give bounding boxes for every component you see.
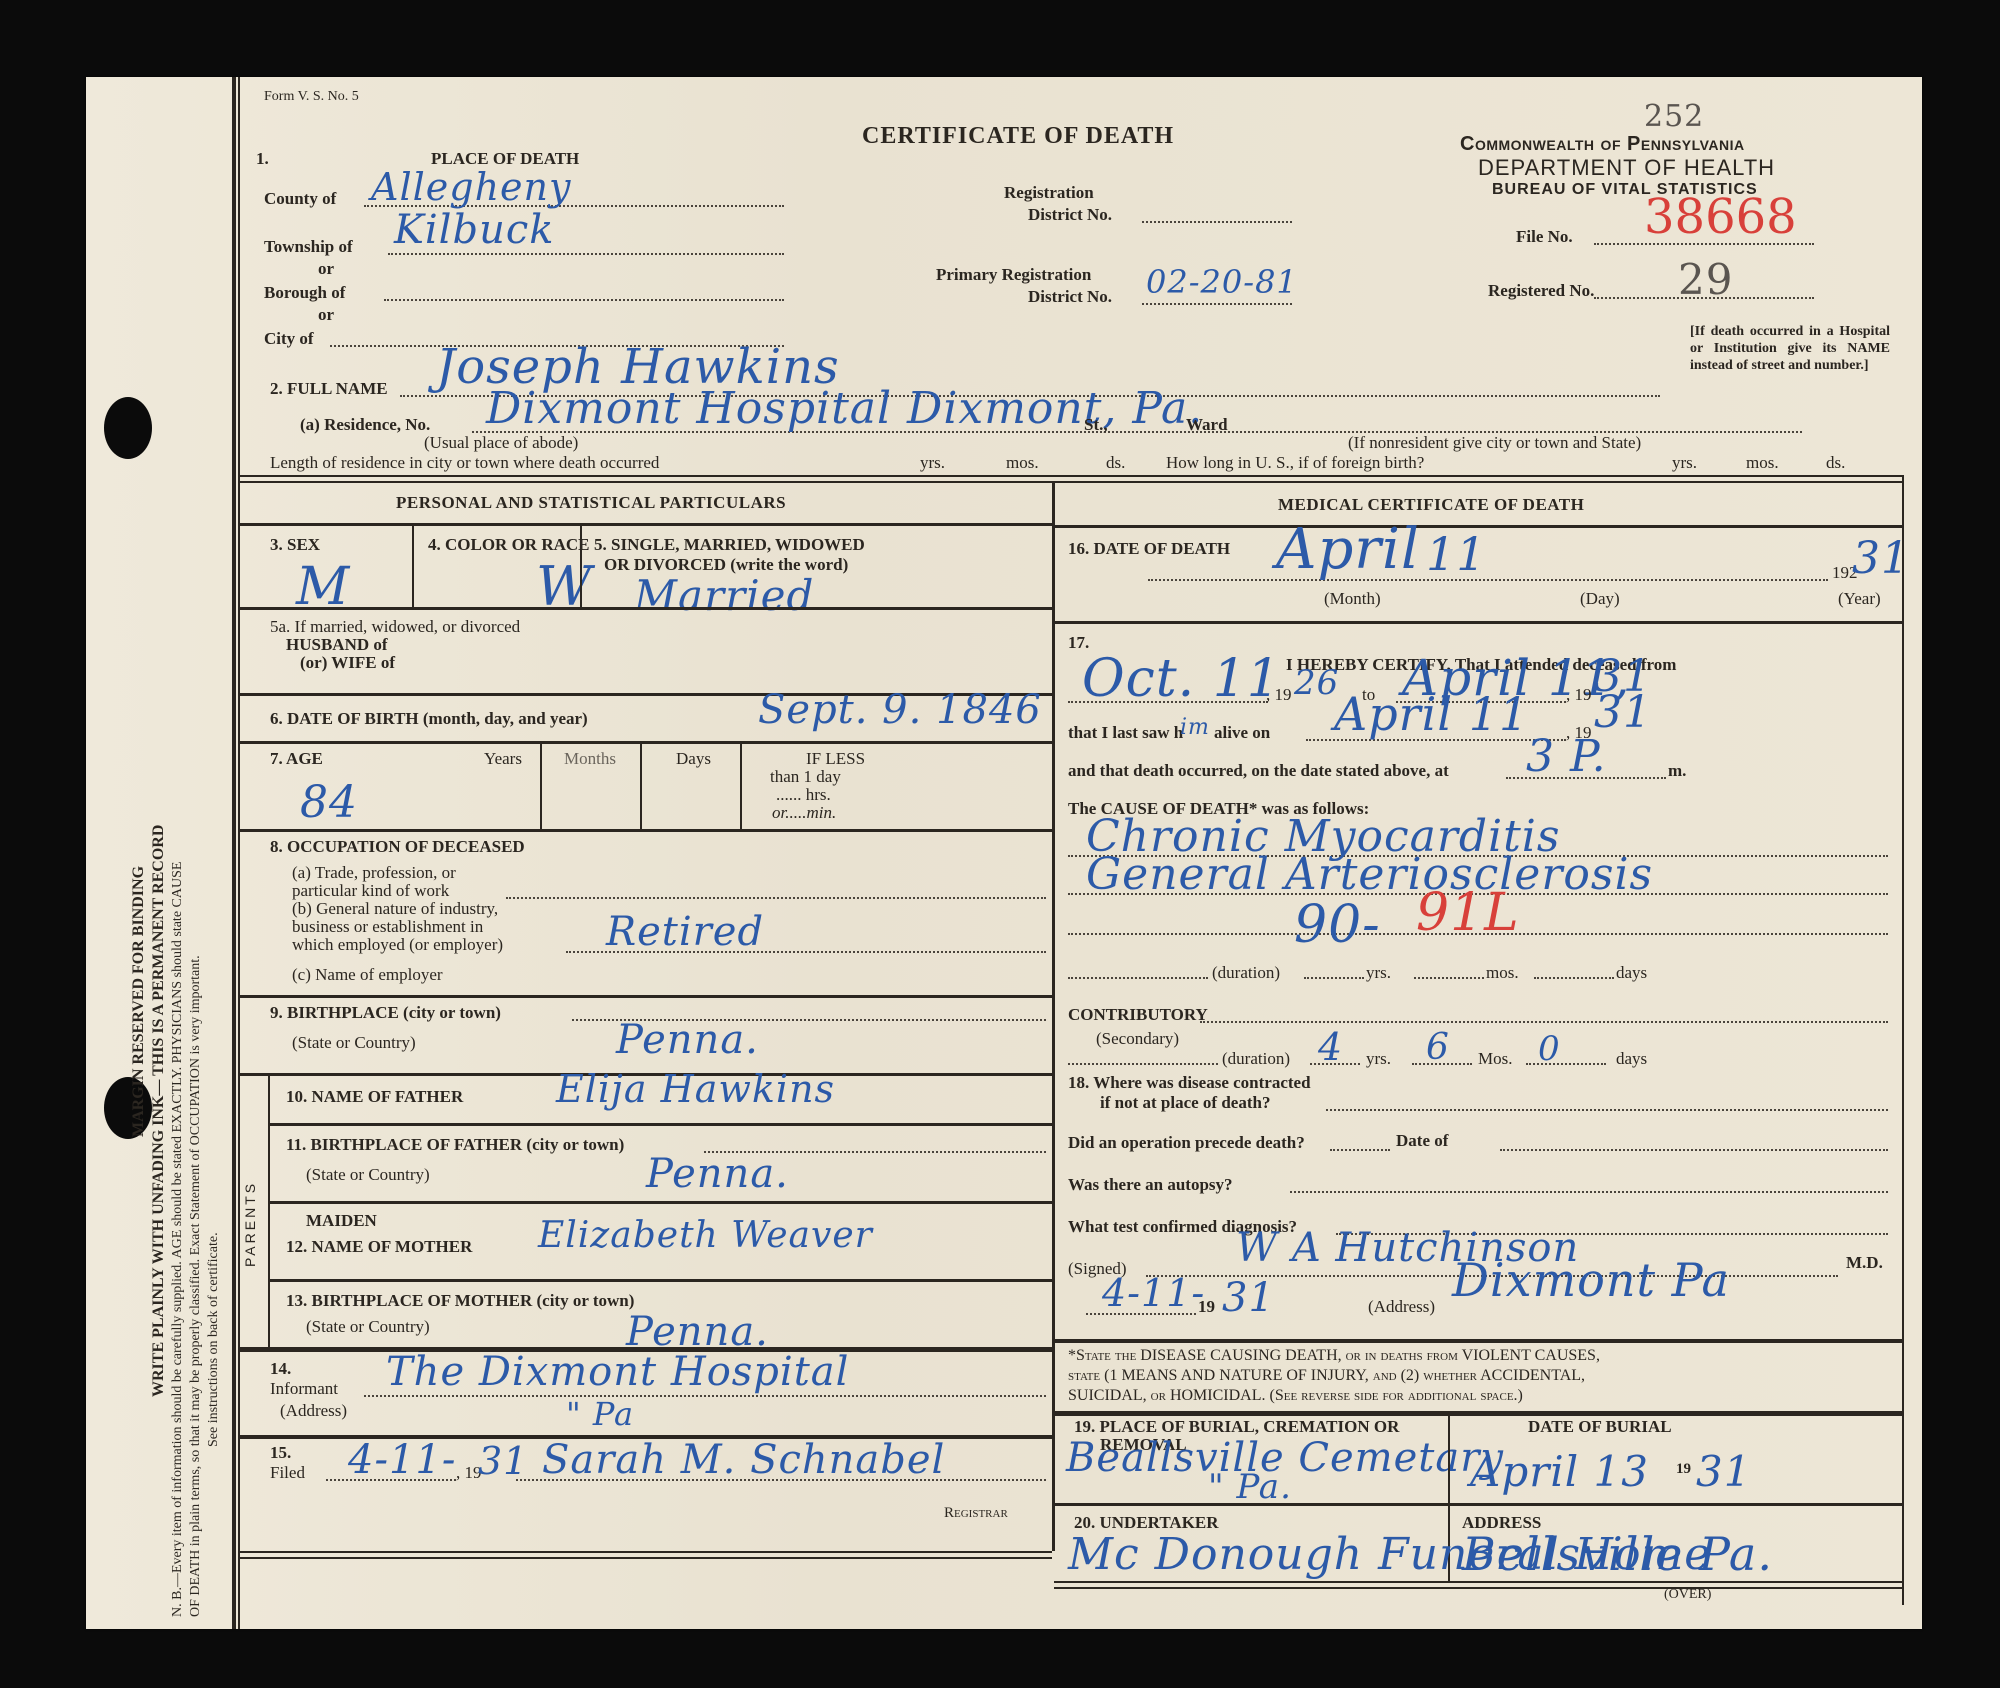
- occ-b-value[interactable]: Retired: [606, 909, 764, 955]
- item-18-field[interactable]: [1326, 1109, 1888, 1111]
- registered-no-value[interactable]: 29: [1678, 255, 1733, 304]
- row-rule-12: [270, 1279, 1052, 1282]
- age-divider-1: [540, 741, 542, 829]
- dod-day-value[interactable]: 11: [1426, 527, 1487, 581]
- form-left-border: [232, 77, 236, 1629]
- month-caption: (Month): [1324, 589, 1381, 609]
- occ-b-2: business or establishment in: [292, 917, 483, 937]
- secondary-label: (Secondary): [1096, 1029, 1179, 1049]
- footnote-3: SUICIDAL, or HOMICIDAL. (See reverse sid…: [1068, 1387, 1523, 1405]
- burial-place-value-2[interactable]: " Pa.: [1208, 1467, 1292, 1507]
- death-occurred-label: and that death occurred, on the date sta…: [1068, 761, 1449, 781]
- occ-c: (c) Name of employer: [292, 965, 443, 985]
- attended-from-value[interactable]: Oct. 11: [1082, 649, 1281, 709]
- registrar-signature[interactable]: Sarah M. Schnabel: [542, 1437, 945, 1483]
- burial-place-label-1: 19. PLACE OF BURIAL, CREMATION OR: [1074, 1417, 1399, 1437]
- spouse-label-3: (or) WIFE of: [300, 653, 395, 673]
- margin-line-ink: WRITE PLAINLY WITH UNFADING INK— THIS IS…: [150, 825, 168, 1397]
- primary-registration-value[interactable]: 02-20-81: [1146, 263, 1298, 301]
- date-of-label: Date of: [1396, 1131, 1448, 1151]
- contrib-yrs-label: yrs.: [1366, 1049, 1391, 1069]
- agency-commonwealth: Commonwealth of Pennsylvania: [1460, 133, 1745, 156]
- cause-value-2[interactable]: General Arteriosclerosis: [1086, 849, 1653, 900]
- row-rule-19: [1054, 1503, 1902, 1506]
- length-mos: mos.: [1006, 453, 1039, 473]
- dod-year-value[interactable]: 31: [1852, 533, 1910, 584]
- over-label: (OVER): [1664, 1587, 1711, 1603]
- maiden-label: MAIDEN: [306, 1211, 377, 1231]
- address-label: (Address): [1368, 1297, 1435, 1317]
- ward-label: Ward: [1186, 415, 1228, 435]
- usual-abode-caption: (Usual place of abode): [424, 433, 578, 453]
- from-year-prefix: , 19: [1266, 685, 1292, 705]
- father-value[interactable]: Elija Hawkins: [556, 1067, 835, 1111]
- township-value[interactable]: Kilbuck: [394, 207, 554, 253]
- m-label: m.: [1668, 761, 1686, 781]
- mother-value[interactable]: Elizabeth Weaver: [538, 1215, 873, 1256]
- day-caption: (Day): [1580, 589, 1620, 609]
- last-saw-date-value[interactable]: April 11: [1334, 687, 1529, 741]
- burial-year-prefix: 19: [1676, 1461, 1691, 1478]
- signed-year-value[interactable]: 31: [1222, 1275, 1275, 1321]
- margin-line-cause: OF DEATH in plain terms, so that it may …: [188, 955, 204, 1617]
- dob-value[interactable]: Sept. 9. 1846: [758, 687, 1042, 733]
- row-rule-11: [270, 1201, 1052, 1204]
- punch-hole-top: [104, 397, 152, 459]
- duration-mos-label: mos.: [1486, 963, 1519, 983]
- age-less-4: or.....min.: [772, 803, 836, 823]
- occupation-label: 8. OCCUPATION OF DECEASED: [270, 837, 525, 857]
- contrib-duration-label: (duration): [1222, 1049, 1290, 1069]
- classification-code-red: 91L: [1416, 883, 1520, 943]
- age-years-value[interactable]: 84: [300, 777, 358, 828]
- md-label: M.D.: [1846, 1253, 1883, 1273]
- length-ds: ds.: [1106, 453, 1125, 473]
- from-year-value[interactable]: 26: [1294, 663, 1339, 703]
- filed-label: Filed: [270, 1463, 305, 1483]
- birthplace-label: 9. BIRTHPLACE (city or town): [270, 1003, 501, 1023]
- occ-b-1: (b) General nature of industry,: [292, 899, 498, 919]
- age-months-label: Months: [564, 749, 616, 769]
- us-mos: mos.: [1746, 453, 1779, 473]
- contrib-duration-pre[interactable]: [1068, 1063, 1218, 1065]
- spouse-label-2: HUSBAND of: [286, 635, 388, 655]
- age-divider-3: [740, 741, 742, 829]
- age-less-1: IF LESS: [806, 749, 865, 769]
- item-1-number: 1.: [256, 149, 269, 169]
- file-no-stamp: 38668: [1644, 189, 1797, 245]
- burial-date-label: DATE OF BURIAL: [1528, 1417, 1672, 1437]
- informant-label: Informant: [270, 1379, 338, 1399]
- to-year-prefix: , 19: [1566, 685, 1592, 705]
- full-name-label: 2. FULL NAME: [270, 379, 388, 399]
- age-less-3: ...... hrs.: [776, 785, 831, 805]
- township-label: Township of: [264, 237, 353, 257]
- alive-on-label: alive on: [1214, 723, 1270, 743]
- birthplace-value[interactable]: Penna.: [616, 1017, 759, 1063]
- parents-side-label: PARENTS: [242, 1181, 258, 1267]
- signed-year-prefix: 19: [1198, 1297, 1215, 1317]
- informant-value[interactable]: The Dixmont Hospital: [386, 1349, 849, 1395]
- registrar-label: Registrar: [944, 1505, 1008, 1522]
- hospital-note: [If death occurred in a Hospital or Inst…: [1690, 323, 1890, 374]
- primary-registration-label-2: District No.: [1028, 287, 1112, 307]
- operation-field[interactable]: [1330, 1149, 1390, 1151]
- death-time-value[interactable]: 3 P.: [1526, 731, 1607, 782]
- right-bottom-rule: [1054, 1581, 1902, 1589]
- contrib-mos-label: Mos.: [1478, 1049, 1512, 1069]
- occ-b-3: which employed (or employer): [292, 935, 503, 955]
- death-certificate-page: MARGIN RESERVED FOR BINDING WRITE PLAINL…: [86, 77, 1922, 1629]
- form-left-border-inner: [238, 77, 240, 1629]
- us-yrs: yrs.: [1672, 453, 1697, 473]
- registered-no-label: Registered No.: [1488, 281, 1594, 301]
- header-divider: [238, 475, 1902, 483]
- father-birthplace-label: 11. BIRTHPLACE OF FATHER (city or town): [286, 1135, 624, 1155]
- row-rule-8: [238, 995, 1052, 998]
- length-residence-label: Length of residence in city or town wher…: [270, 453, 659, 473]
- signed-date-value[interactable]: 4-11-: [1102, 1271, 1205, 1315]
- race-marital-divider: [580, 523, 582, 607]
- duration-label: (duration): [1212, 963, 1280, 983]
- margin-line-binding: MARGIN RESERVED FOR BINDING: [130, 866, 148, 1137]
- age-divider-2: [640, 741, 642, 829]
- row-rule-footnote: [1054, 1411, 1902, 1416]
- filed-year-value[interactable]: 31: [478, 1439, 528, 1483]
- age-label: 7. AGE: [270, 749, 323, 769]
- operation-date-field[interactable]: [1500, 1149, 1888, 1151]
- duration-days-label: days: [1616, 963, 1647, 983]
- autopsy-label: Was there an autopsy?: [1068, 1175, 1233, 1195]
- filed-number: 15.: [270, 1443, 291, 1463]
- occ-a-field[interactable]: [506, 897, 1046, 899]
- footnote-1: *State the DISEASE CAUSING DEATH, or in …: [1068, 1347, 1600, 1365]
- primary-registration-field[interactable]: [1142, 303, 1292, 305]
- dod-field[interactable]: [1148, 579, 1828, 581]
- left-bottom-rule: [238, 1551, 1052, 1559]
- contrib-days-label: days: [1616, 1049, 1647, 1069]
- margin-line-nb: N. B.—Every item of information should b…: [170, 862, 186, 1617]
- us-ds: ds.: [1826, 453, 1845, 473]
- personal-heading-rule: [238, 523, 1052, 526]
- county-label: County of: [264, 189, 336, 209]
- marital-value[interactable]: Married: [634, 571, 814, 620]
- age-days-label: Days: [676, 749, 711, 769]
- burial-year-value[interactable]: 31: [1696, 1447, 1751, 1496]
- duration-pre-field[interactable]: [1068, 977, 1208, 979]
- sex-label: 3. SEX: [270, 535, 320, 555]
- burial-date-value[interactable]: April 13: [1470, 1447, 1649, 1496]
- last-saw-pronoun[interactable]: im: [1180, 715, 1210, 740]
- father-birthplace-value[interactable]: Penna.: [646, 1151, 789, 1197]
- registration-district-field[interactable]: [1142, 221, 1292, 223]
- dob-label: 6. DATE OF BIRTH (month, day, and year): [270, 709, 588, 729]
- dod-month-value[interactable]: April: [1276, 517, 1420, 582]
- nonresident-caption: (If nonresident give city or town and St…: [1348, 433, 1641, 453]
- last-saw-label: that I last saw h: [1068, 723, 1183, 743]
- age-years-label: Years: [484, 749, 522, 769]
- right-border: [1902, 475, 1904, 1605]
- occ-a-2: particular kind of work: [292, 881, 449, 901]
- agency-department: DEPARTMENT OF HEALTH: [1478, 155, 1775, 181]
- footnote-2: state (1 MEANS AND NATURE OF INJURY, and…: [1068, 1367, 1585, 1385]
- contrib-mos-value[interactable]: 6: [1426, 1027, 1450, 1068]
- informant-field[interactable]: [364, 1395, 1046, 1397]
- margin-line-instructions: See instructions on back of certificate.: [206, 1232, 222, 1447]
- duration-days-field[interactable]: [1534, 977, 1614, 979]
- contrib-days-value[interactable]: 0: [1538, 1029, 1561, 1069]
- informant-number: 14.: [270, 1359, 291, 1379]
- duration-yrs-label: yrs.: [1366, 963, 1391, 983]
- row-rule-signed: [1054, 1339, 1902, 1343]
- borough-field-line[interactable]: [384, 299, 784, 301]
- informant-address-value[interactable]: " Pa: [566, 1395, 634, 1433]
- autopsy-field[interactable]: [1290, 1191, 1888, 1193]
- certificate-title: CERTIFICATE OF DEATH: [862, 123, 1174, 150]
- street-label: St.,: [1084, 415, 1108, 435]
- county-value[interactable]: Allegheny: [371, 165, 571, 209]
- classification-code-blue: 90-: [1294, 895, 1381, 955]
- column-divider: [1052, 481, 1055, 1551]
- duration-mos-field[interactable]: [1414, 977, 1484, 979]
- row-rule-6: [238, 741, 1052, 744]
- registration-district-label-2: District No.: [1028, 205, 1112, 225]
- row-rule-16: [1054, 621, 1902, 624]
- row-rule-3-5: [238, 607, 1052, 610]
- how-long-us-label: How long in U. S., if of foreign birth?: [1166, 453, 1424, 473]
- row-rule-7: [238, 829, 1052, 832]
- parents-divider: [268, 1073, 270, 1347]
- township-field-line[interactable]: [388, 253, 784, 255]
- primary-registration-label-1: Primary Registration: [936, 265, 1091, 285]
- contributory-field[interactable]: [1200, 1021, 1888, 1023]
- city-label: City of: [264, 329, 314, 349]
- row-rule-10: [270, 1123, 1052, 1126]
- spouse-label-1: 5a. If married, widowed, or divorced: [270, 617, 520, 637]
- father-birthplace-state-label: (State or Country): [306, 1165, 430, 1185]
- sex-race-divider: [412, 523, 414, 607]
- race-label: 4. COLOR OR RACE: [428, 535, 590, 555]
- item-18-label-1: 18. Where was disease contracted: [1068, 1073, 1311, 1093]
- form-number: Form V. S. No. 5: [264, 89, 359, 105]
- mother-label: 12. NAME OF MOTHER: [286, 1237, 472, 1257]
- birthplace-state-label: (State or Country): [292, 1033, 416, 1053]
- page-number-handwritten: 252: [1644, 99, 1704, 134]
- mother-birthplace-state-label: (State or Country): [306, 1317, 430, 1337]
- or-2: or: [318, 305, 334, 325]
- father-label: 10. NAME OF FATHER: [286, 1087, 463, 1107]
- physician-address-value[interactable]: Dixmont Pa: [1452, 1253, 1730, 1307]
- contributory-label: CONTRIBUTORY: [1068, 1005, 1208, 1025]
- occ-a-1: (a) Trade, profession, or: [292, 863, 456, 883]
- burial-address-value[interactable]: Bellsville Pa.: [1462, 1527, 1773, 1581]
- item-18-label-2: if not at place of death?: [1100, 1093, 1270, 1113]
- medical-heading: MEDICAL CERTIFICATE OF DEATH: [1278, 495, 1584, 515]
- file-no-label: File No.: [1516, 227, 1573, 247]
- operation-label: Did an operation precede death?: [1068, 1133, 1305, 1153]
- mother-birthplace-label: 13. BIRTHPLACE OF MOTHER (city or town): [286, 1291, 634, 1311]
- registration-district-label-1: Registration: [1004, 183, 1094, 203]
- dod-label: 16. DATE OF DEATH: [1068, 539, 1230, 559]
- filed-date-value[interactable]: 4-11-: [348, 1437, 456, 1483]
- contrib-yrs-value[interactable]: 4: [1318, 1025, 1343, 1069]
- borough-label: Borough of: [264, 283, 345, 303]
- length-yrs: yrs.: [920, 453, 945, 473]
- personal-heading: PERSONAL AND STATISTICAL PARTICULARS: [396, 493, 786, 513]
- age-less-2: than 1 day: [770, 767, 841, 787]
- duration-yrs-field[interactable]: [1304, 977, 1364, 979]
- residence-label: (a) Residence, No.: [300, 415, 430, 435]
- or-1: or: [318, 259, 334, 279]
- informant-address-label: (Address): [280, 1401, 347, 1421]
- marital-label-1: 5. SINGLE, MARRIED, WIDOWED: [594, 535, 865, 555]
- year-caption: (Year): [1838, 589, 1881, 609]
